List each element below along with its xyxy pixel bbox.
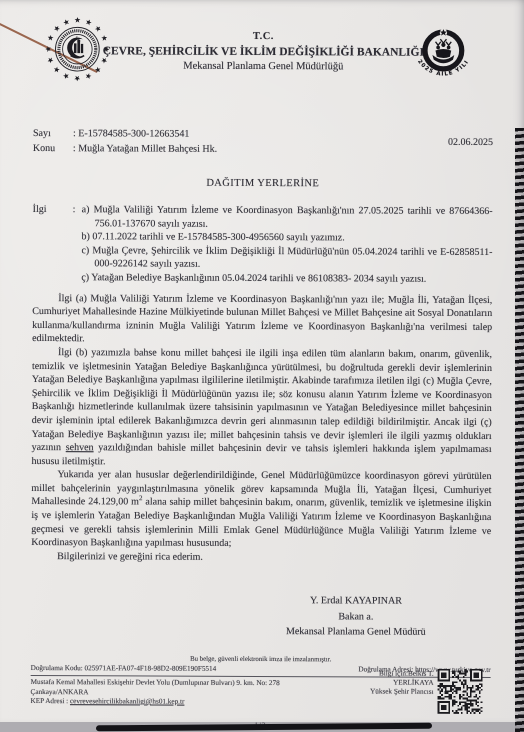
paragraph-3: Yukarıda yer alan hususlar değerlendiril…	[31, 468, 491, 552]
contact-info: Bilgi için:Belkıs T. YERLİKAYA Yüksek Şe…	[370, 670, 434, 698]
qr-code	[437, 669, 482, 714]
ilgi-item-cc: ç) Yatağan Belediye Başkanlığının 05.04.…	[81, 271, 492, 286]
verification-code: Doğrulama Kodu: 025971AE-FA07-4F18-98D2-…	[31, 664, 217, 674]
sayi-label: Sayı	[33, 126, 73, 141]
ministry-seal: C.	[43, 15, 111, 83]
contact-line-3: Yüksek Şehir Plancısı	[370, 688, 434, 697]
postal-address: Mustafa Kemal Mahallesi Eskişehir Devlet…	[30, 678, 279, 707]
document-page: C. T.C. ÇEVRE, ŞEHİRCİLİK VE İKLİM DEĞİŞ…	[0, 0, 524, 722]
ilgi-item-c: c) Muğla Çevre, Şehircilik ve İklim Deği…	[81, 244, 492, 273]
ilgi-label: İlgi	[32, 203, 72, 285]
sayi-value: : E-15784585-300-12663541	[73, 126, 189, 142]
konu-label: Konu	[33, 141, 73, 156]
recipient-line: DAĞITIM YERLERİNE	[33, 177, 493, 190]
svg-text:C.: C.	[76, 35, 79, 39]
references-block: İlgi : a) Muğla Valiliği Yatırım İzleme …	[32, 203, 492, 287]
kep-address-value: cevrevesehircilikbakanligi@hs01.kep.tr	[70, 697, 184, 705]
family-year-2025-logo: 2025 AİLE YILI	[408, 28, 478, 98]
letter-footer: Bu belge, güvenli elektronik imza ile im…	[30, 654, 490, 731]
contact-line-1: Bilgi için:Belkıs T.	[370, 670, 434, 679]
konu-value: : Muğla Yatağan Millet Bahçesi Hk.	[73, 141, 217, 157]
paragraph-2: İlgi (b) yazımızla bahse konu millet bah…	[32, 346, 493, 470]
letter-body: İlgi (a) Muğla Valiliği Yatırım İzleme v…	[31, 292, 492, 566]
verification-code-value: 025971AE-FA07-4F18-98D2-809E190F5514	[85, 664, 217, 673]
paragraph-2-text: İlgi (b) yazımızla bahse konu millet bah…	[32, 347, 492, 453]
verification-code-label: Doğrulama Kodu:	[31, 664, 83, 672]
ilgi-item-a: a) Muğla Valiliği Yatırım İzleme ve Koor…	[82, 203, 493, 232]
signatory-name: Y. Erdal KAYAPINAR	[251, 593, 461, 609]
paragraph-2-text-cont: yazıldığından bahisle millet bahçesinin …	[32, 442, 492, 467]
letter-meta: Sayı : E-15784585-300-12663541 Konu : Mu…	[33, 126, 493, 158]
signature-block: Y. Erdal KAYAPINAR Bakan a. Mekansal Pla…	[251, 593, 461, 640]
binding-edge	[515, 128, 524, 732]
scanned-letter: C. T.C. ÇEVRE, ŞEHİRCİLİK VE İKLİM DEĞİŞ…	[0, 0, 524, 732]
paragraph-1: İlgi (a) Muğla Valiliği Yatırım İzleme v…	[32, 292, 492, 348]
underlined-word: sehven	[66, 442, 94, 453]
ilgi-colon: :	[72, 203, 81, 285]
signatory-title: Bakan a.	[251, 609, 461, 625]
letter-date: 02.06.2025	[448, 135, 493, 150]
kep-address-label: KEP Adresi :	[30, 697, 68, 705]
closing-line: Bilgilerinizi ve gereğini rica ederim.	[31, 550, 491, 566]
signatory-role: Mekansal Planlama Genel Müdürü	[251, 624, 461, 640]
